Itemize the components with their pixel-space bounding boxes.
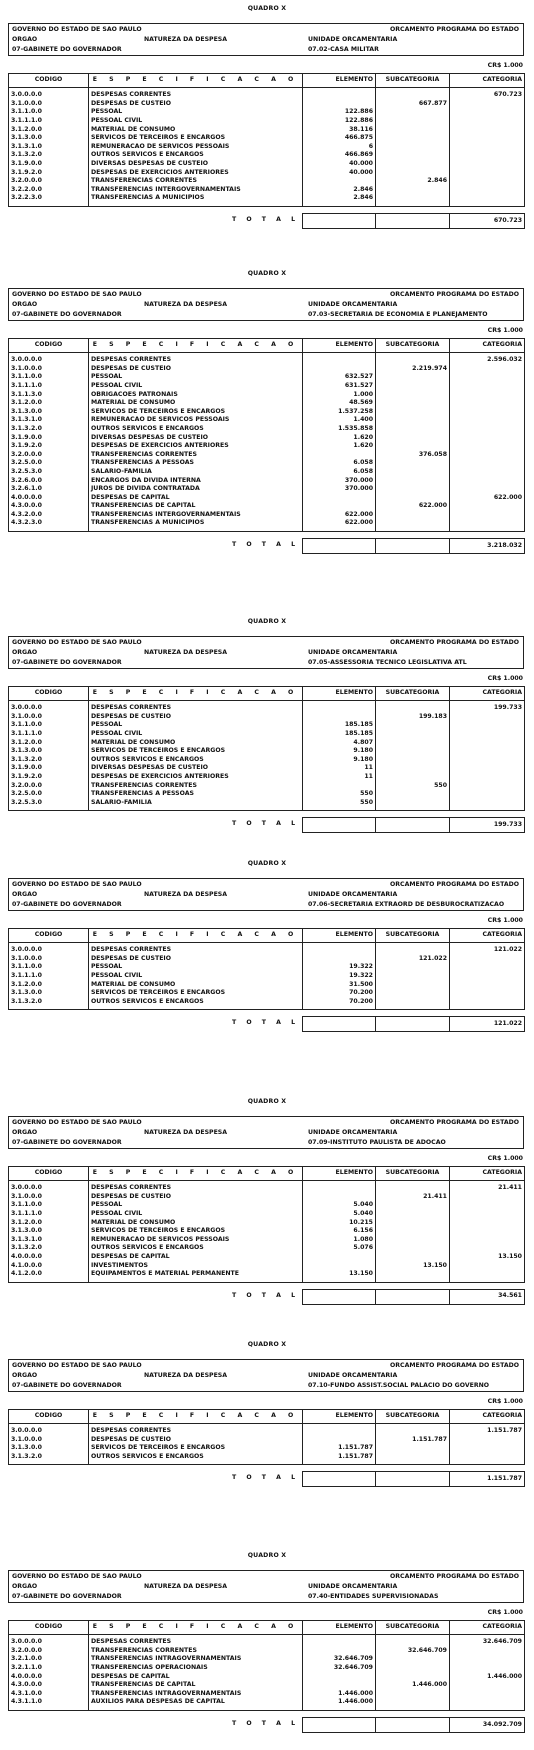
currency-unit: CR$ 1.000 bbox=[488, 1156, 523, 1162]
cell-categoria bbox=[450, 764, 525, 773]
header-box: GOVERNO DO ESTADO DE SAO PAULOORCAMENTO … bbox=[8, 23, 524, 56]
table-row: 3.1.3.2.0OUTROS SERVICOS E ENCARGOS466.8… bbox=[9, 151, 525, 160]
cell-categoria bbox=[450, 1227, 525, 1236]
cell-subcategoria: 622.000 bbox=[376, 502, 450, 511]
table-row: 3.1.1.1.0PESSOAL CIVIL631.527 bbox=[9, 382, 525, 391]
cell-codigo: 4.3.2.0.0 bbox=[9, 511, 89, 520]
cell-categoria bbox=[450, 382, 525, 391]
total-elemento bbox=[303, 1289, 376, 1304]
cell-elemento: 2.846 bbox=[303, 186, 376, 195]
cell-categoria bbox=[450, 125, 525, 134]
total-categoria: 121.022 bbox=[450, 1017, 525, 1032]
cell-elemento: 1.080 bbox=[303, 1236, 376, 1245]
column-especificacao: E S P E C I F I C A C A O bbox=[89, 339, 303, 353]
total-row: 3.218.032 bbox=[303, 539, 525, 554]
total-table: 1.151.787 bbox=[302, 1471, 525, 1487]
cell-subcategoria bbox=[376, 943, 450, 955]
budget-program-label: ORCAMENTO PROGRAMA DO ESTADO bbox=[390, 1363, 519, 1369]
cell-especificacao: DESPESAS DE EXERCICIOS ANTERIORES bbox=[89, 773, 303, 782]
cell-elemento bbox=[303, 1436, 376, 1445]
cell-elemento: 1.620 bbox=[303, 442, 376, 451]
cell-elemento bbox=[303, 100, 376, 109]
cell-subcategoria bbox=[376, 972, 450, 981]
table-header-row: CODIGOE S P E C I F I C A C A OELEMENTOS… bbox=[9, 1621, 525, 1635]
currency-unit: CR$ 1.000 bbox=[488, 1399, 523, 1405]
table-row: 3.1.1.0.0PESSOAL5.040 bbox=[9, 1201, 525, 1210]
table-row: 4.0.0.0.0DESPESAS DE CAPITAL622.000 bbox=[9, 494, 525, 503]
cell-codigo: 3.1.2.0.0 bbox=[9, 980, 89, 989]
unidade-label: UNIDADE ORCAMENTARIA bbox=[308, 650, 397, 656]
cell-elemento: 70.200 bbox=[303, 998, 376, 1010]
table-row: 3.2.5.3.0SALARIO-FAMILIA6.058 bbox=[9, 468, 525, 477]
cell-codigo: 3.2.1.1.0 bbox=[9, 1664, 89, 1673]
table-row: 3.2.1.1.0TRANSFERENCIAS OPERACIONAIS32.6… bbox=[9, 1664, 525, 1673]
table-row: 3.1.1.1.0PESSOAL CIVIL5.040 bbox=[9, 1210, 525, 1219]
cell-subcategoria bbox=[376, 963, 450, 972]
cell-subcategoria bbox=[376, 738, 450, 747]
cell-subcategoria bbox=[376, 168, 450, 177]
cell-categoria bbox=[450, 1218, 525, 1227]
cell-codigo: 3.1.3.1.0 bbox=[9, 143, 89, 152]
cell-codigo: 3.1.0.0.0 bbox=[9, 1436, 89, 1445]
total-row: 199.733 bbox=[303, 818, 525, 833]
table-row: 3.1.0.0.0DESPESAS DE CUSTEIO1.151.787 bbox=[9, 1436, 525, 1445]
cell-especificacao: SERVICOS DE TERCEIROS E ENCARGOS bbox=[89, 1444, 303, 1453]
cell-elemento: 632.527 bbox=[303, 373, 376, 382]
cell-categoria bbox=[450, 459, 525, 468]
column-elemento: ELEMENTO bbox=[303, 687, 376, 701]
cell-especificacao: DESPESAS DE EXERCICIOS ANTERIORES bbox=[89, 442, 303, 451]
cell-elemento: 550 bbox=[303, 790, 376, 799]
total-row: 34.561 bbox=[303, 1289, 525, 1304]
cell-codigo: 3.1.9.0.0 bbox=[9, 764, 89, 773]
quadro-title: QUADRO X bbox=[0, 271, 534, 277]
cell-elemento bbox=[303, 502, 376, 511]
cell-codigo: 3.1.0.0.0 bbox=[9, 365, 89, 374]
natureza-label: NATUREZA DA DESPESA bbox=[144, 650, 227, 656]
cell-codigo: 3.1.9.0.0 bbox=[9, 160, 89, 169]
cell-especificacao: TRANSFERENCIAS INTERGOVERNAMENTAIS bbox=[89, 186, 303, 195]
cell-especificacao: PESSOAL CIVIL bbox=[89, 972, 303, 981]
cell-especificacao: INVESTIMENTOS bbox=[89, 1261, 303, 1270]
cell-especificacao: SERVICOS DE TERCEIROS E ENCARGOS bbox=[89, 747, 303, 756]
cell-subcategoria bbox=[376, 1181, 450, 1193]
cell-elemento bbox=[303, 1672, 376, 1681]
cell-elemento: 370.000 bbox=[303, 476, 376, 485]
cell-categoria bbox=[450, 151, 525, 160]
cell-categoria bbox=[450, 390, 525, 399]
expense-table: CODIGOE S P E C I F I C A C A OELEMENTOS… bbox=[8, 1409, 525, 1465]
table-row: 3.0.0.0.0DESPESAS CORRENTES670.723 bbox=[9, 88, 525, 100]
total-table: 670.723 bbox=[302, 213, 525, 229]
cell-codigo: 3.1.2.0.0 bbox=[9, 1218, 89, 1227]
cell-subcategoria bbox=[376, 1664, 450, 1673]
cell-codigo: 4.3.0.0.0 bbox=[9, 1681, 89, 1690]
table-row: 3.1.9.2.0DESPESAS DE EXERCICIOS ANTERIOR… bbox=[9, 773, 525, 782]
cell-categoria bbox=[450, 416, 525, 425]
orgao-label: ORGAO bbox=[12, 650, 37, 656]
cell-subcategoria: 199.183 bbox=[376, 713, 450, 722]
cell-elemento bbox=[303, 955, 376, 964]
cell-subcategoria bbox=[376, 519, 450, 531]
unidade-label: UNIDADE ORCAMENTARIA bbox=[308, 1584, 397, 1590]
cell-codigo: 4.3.2.3.0 bbox=[9, 519, 89, 531]
cell-codigo: 4.1.2.0.0 bbox=[9, 1270, 89, 1282]
cell-subcategoria bbox=[376, 353, 450, 365]
cell-elemento bbox=[303, 88, 376, 100]
cell-categoria: 199.733 bbox=[450, 701, 525, 713]
cell-especificacao: SERVICOS DE TERCEIROS E ENCARGOS bbox=[89, 408, 303, 417]
cell-elemento: 631.527 bbox=[303, 382, 376, 391]
cell-categoria bbox=[450, 1210, 525, 1219]
table-row: 3.1.2.0.0MATERIAL DE CONSUMO10.215 bbox=[9, 1218, 525, 1227]
cell-subcategoria bbox=[376, 468, 450, 477]
cell-categoria bbox=[450, 1236, 525, 1245]
cell-subcategoria bbox=[376, 1201, 450, 1210]
cell-categoria bbox=[450, 1690, 525, 1699]
natureza-label: NATUREZA DA DESPESA bbox=[144, 302, 227, 308]
natureza-label: NATUREZA DA DESPESA bbox=[144, 1584, 227, 1590]
cell-especificacao: TRANSFERENCIAS OPERACIONAIS bbox=[89, 1664, 303, 1673]
cell-subcategoria bbox=[376, 382, 450, 391]
cell-especificacao: PESSOAL bbox=[89, 963, 303, 972]
cell-categoria bbox=[450, 425, 525, 434]
table-row: 4.3.1.1.0AUXILIOS PARA DESPESAS DE CAPIT… bbox=[9, 1698, 525, 1710]
cell-subcategoria bbox=[376, 485, 450, 494]
orgao-label: ORGAO bbox=[12, 892, 37, 898]
cell-codigo: 4.3.1.0.0 bbox=[9, 1690, 89, 1699]
cell-especificacao: DESPESAS DE CUSTEIO bbox=[89, 1193, 303, 1202]
cell-codigo: 3.1.1.1.0 bbox=[9, 117, 89, 126]
table-row: 3.1.3.2.0OUTROS SERVICOS E ENCARGOS1.535… bbox=[9, 425, 525, 434]
cell-codigo: 3.0.0.0.0 bbox=[9, 1635, 89, 1647]
cell-subcategoria bbox=[376, 790, 450, 799]
table-row: 3.2.2.3.0TRANSFERENCIAS A MUNICIPIOS2.84… bbox=[9, 194, 525, 206]
table-row: 4.3.1.0.0TRANSFERENCIAS INTRAGOVERNAMENT… bbox=[9, 1690, 525, 1699]
total-elemento bbox=[303, 213, 376, 228]
cell-subcategoria bbox=[376, 1444, 450, 1453]
cell-elemento bbox=[303, 353, 376, 365]
government-name: GOVERNO DO ESTADO DE SAO PAULO bbox=[12, 292, 142, 298]
cell-elemento: 550 bbox=[303, 799, 376, 811]
cell-categoria bbox=[450, 511, 525, 520]
cell-elemento: 122.886 bbox=[303, 117, 376, 126]
unidade-name: 07.06-SECRETARIA EXTRAORD DE DESBUROCRAT… bbox=[308, 902, 504, 908]
table-row: 3.2.1.0.0TRANSFERENCIAS INTRAGOVERNAMENT… bbox=[9, 1655, 525, 1664]
column-elemento: ELEMENTO bbox=[303, 339, 376, 353]
cell-categoria bbox=[450, 1193, 525, 1202]
cell-codigo: 4.3.0.0.0 bbox=[9, 502, 89, 511]
table-row: 3.1.9.2.0DESPESAS DE EXERCICIOS ANTERIOR… bbox=[9, 442, 525, 451]
table-row: 4.3.2.0.0TRANSFERENCIAS INTERGOVERNAMENT… bbox=[9, 511, 525, 520]
table-row: 4.3.0.0.0TRANSFERENCIAS DE CAPITAL622.00… bbox=[9, 502, 525, 511]
cell-codigo: 3.1.0.0.0 bbox=[9, 713, 89, 722]
table-row: 3.0.0.0.0DESPESAS CORRENTES32.646.709 bbox=[9, 1635, 525, 1647]
cell-especificacao: REMUNERACAO DE SERVICOS PESSOAIS bbox=[89, 143, 303, 152]
cell-categoria: 1.446.000 bbox=[450, 1672, 525, 1681]
cell-elemento: 19.322 bbox=[303, 972, 376, 981]
total-table: 199.733 bbox=[302, 817, 525, 833]
column-especificacao: E S P E C I F I C A C A O bbox=[89, 1621, 303, 1635]
table-row: 3.1.1.1.0PESSOAL CIVIL185.185 bbox=[9, 730, 525, 739]
total-table: 3.218.032 bbox=[302, 538, 525, 554]
column-elemento: ELEMENTO bbox=[303, 1167, 376, 1181]
cell-codigo: 3.2.0.0.0 bbox=[9, 177, 89, 186]
column-elemento: ELEMENTO bbox=[303, 1410, 376, 1424]
table-row: 3.2.0.0.0TRANSFERENCIAS CORRENTES376.058 bbox=[9, 451, 525, 460]
cell-elemento bbox=[303, 1424, 376, 1436]
cell-categoria bbox=[450, 781, 525, 790]
cell-categoria bbox=[450, 730, 525, 739]
cell-elemento bbox=[303, 701, 376, 713]
orgao-name: 07-GABINETE DO GOVERNADOR bbox=[12, 660, 122, 666]
cell-codigo: 3.1.1.0.0 bbox=[9, 963, 89, 972]
column-especificacao: E S P E C I F I C A C A O bbox=[89, 1167, 303, 1181]
column-codigo: CODIGO bbox=[9, 1410, 89, 1424]
cell-elemento bbox=[303, 1647, 376, 1656]
cell-especificacao: ENCARGOS DA DIVIDA INTERNA bbox=[89, 476, 303, 485]
cell-categoria bbox=[450, 408, 525, 417]
cell-elemento bbox=[303, 1253, 376, 1262]
orgao-label: ORGAO bbox=[12, 1373, 37, 1379]
table-row: 4.0.0.0.0DESPESAS DE CAPITAL1.446.000 bbox=[9, 1672, 525, 1681]
cell-subcategoria bbox=[376, 1236, 450, 1245]
quadro-title: QUADRO X bbox=[0, 1553, 534, 1559]
budget-program-label: ORCAMENTO PROGRAMA DO ESTADO bbox=[390, 1120, 519, 1126]
cell-categoria bbox=[450, 108, 525, 117]
cell-categoria bbox=[450, 1655, 525, 1664]
cell-especificacao: TRANSFERENCIAS DE CAPITAL bbox=[89, 502, 303, 511]
cell-especificacao: TRANSFERENCIAS CORRENTES bbox=[89, 781, 303, 790]
unidade-name: 07.09-INSTITUTO PAULISTA DE ADOCAO bbox=[308, 1140, 446, 1146]
cell-subcategoria bbox=[376, 151, 450, 160]
cell-especificacao: SALARIO-FAMILIA bbox=[89, 799, 303, 811]
cell-subcategoria bbox=[376, 1453, 450, 1465]
cell-elemento: 6.058 bbox=[303, 468, 376, 477]
cell-elemento: 32.646.709 bbox=[303, 1664, 376, 1673]
total-subcategoria bbox=[376, 539, 450, 554]
cell-categoria bbox=[450, 1444, 525, 1453]
currency-unit: CR$ 1.000 bbox=[488, 918, 523, 924]
cell-especificacao: DESPESAS CORRENTES bbox=[89, 1635, 303, 1647]
total-subcategoria bbox=[376, 1017, 450, 1032]
cell-subcategoria bbox=[376, 117, 450, 126]
cell-codigo: 3.1.1.1.0 bbox=[9, 972, 89, 981]
cell-elemento: 2.846 bbox=[303, 194, 376, 206]
government-name: GOVERNO DO ESTADO DE SAO PAULO bbox=[12, 27, 142, 33]
cell-elemento: 1.446.000 bbox=[303, 1690, 376, 1699]
table-row: 3.0.0.0.0DESPESAS CORRENTES2.596.032 bbox=[9, 353, 525, 365]
total-categoria: 3.218.032 bbox=[450, 539, 525, 554]
column-especificacao: E S P E C I F I C A C A O bbox=[89, 929, 303, 943]
cell-elemento: 622.000 bbox=[303, 511, 376, 520]
cell-codigo: 3.1.3.0.0 bbox=[9, 989, 89, 998]
column-elemento: ELEMENTO bbox=[303, 74, 376, 88]
cell-categoria bbox=[450, 186, 525, 195]
table-row: 3.1.3.2.0OUTROS SERVICOS E ENCARGOS1.151… bbox=[9, 1453, 525, 1465]
table-row: 3.0.0.0.0DESPESAS CORRENTES121.022 bbox=[9, 943, 525, 955]
quadro-title: QUADRO X bbox=[0, 619, 534, 625]
cell-categoria bbox=[450, 963, 525, 972]
cell-categoria bbox=[450, 117, 525, 126]
cell-categoria bbox=[450, 373, 525, 382]
total-categoria: 34.561 bbox=[450, 1289, 525, 1304]
cell-subcategoria bbox=[376, 108, 450, 117]
cell-subcategoria bbox=[376, 989, 450, 998]
cell-subcategoria bbox=[376, 701, 450, 713]
cell-codigo: 3.1.3.0.0 bbox=[9, 134, 89, 143]
cell-elemento: 1.151.787 bbox=[303, 1453, 376, 1465]
table-row: 3.1.3.2.0OUTROS SERVICOS E ENCARGOS9.180 bbox=[9, 756, 525, 765]
table-row: 4.1.0.0.0INVESTIMENTOS13.150 bbox=[9, 1261, 525, 1270]
cell-especificacao: MATERIAL DE CONSUMO bbox=[89, 1218, 303, 1227]
unidade-name: 07.10-FUNDO ASSIST.SOCIAL PALACIO DO GOV… bbox=[308, 1383, 489, 1389]
cell-codigo: 4.0.0.0.0 bbox=[9, 1672, 89, 1681]
total-categoria: 199.733 bbox=[450, 818, 525, 833]
cell-elemento: 1.151.787 bbox=[303, 1444, 376, 1453]
cell-especificacao: TRANSFERENCIAS A MUNICIPIOS bbox=[89, 519, 303, 531]
cell-elemento: 6.156 bbox=[303, 1227, 376, 1236]
total-label: T O T A L bbox=[232, 1020, 299, 1026]
cell-subcategoria bbox=[376, 1218, 450, 1227]
total-table: 34.092.709 bbox=[302, 1717, 525, 1733]
cell-categoria bbox=[450, 476, 525, 485]
total-elemento bbox=[303, 539, 376, 554]
cell-categoria bbox=[450, 998, 525, 1010]
cell-especificacao: DESPESAS CORRENTES bbox=[89, 943, 303, 955]
cell-especificacao: DESPESAS DE CAPITAL bbox=[89, 1253, 303, 1262]
cell-especificacao: OUTROS SERVICOS E ENCARGOS bbox=[89, 1244, 303, 1253]
cell-categoria bbox=[450, 955, 525, 964]
cell-elemento bbox=[303, 365, 376, 374]
cell-elemento: 10.215 bbox=[303, 1218, 376, 1227]
cell-elemento: 48.569 bbox=[303, 399, 376, 408]
table-row: 3.1.0.0.0DESPESAS DE CUSTEIO121.022 bbox=[9, 955, 525, 964]
table-row: 3.2.0.0.0TRANSFERENCIAS CORRENTES32.646.… bbox=[9, 1647, 525, 1656]
cell-especificacao: EQUIPAMENTOS E MATERIAL PERMANENTE bbox=[89, 1270, 303, 1282]
cell-categoria bbox=[450, 747, 525, 756]
cell-categoria: 21.411 bbox=[450, 1181, 525, 1193]
cell-elemento: 1.537.258 bbox=[303, 408, 376, 417]
cell-codigo: 3.1.9.2.0 bbox=[9, 442, 89, 451]
unidade-name: 07.40-ENTIDADES SUPERVISIONADAS bbox=[308, 1594, 438, 1600]
table-row: 3.1.3.0.0SERVICOS DE TERCEIROS E ENCARGO… bbox=[9, 408, 525, 417]
cell-codigo: 3.1.0.0.0 bbox=[9, 100, 89, 109]
cell-especificacao: OUTROS SERVICOS E ENCARGOS bbox=[89, 1453, 303, 1465]
table-header-row: CODIGOE S P E C I F I C A C A OELEMENTOS… bbox=[9, 339, 525, 353]
cell-codigo: 3.1.1.0.0 bbox=[9, 1201, 89, 1210]
cell-especificacao: DESPESAS DE CUSTEIO bbox=[89, 1436, 303, 1445]
total-table: 121.022 bbox=[302, 1016, 525, 1032]
cell-subcategoria bbox=[376, 459, 450, 468]
table-row: 3.2.5.3.0SALARIO-FAMILIA550 bbox=[9, 799, 525, 811]
cell-categoria bbox=[450, 433, 525, 442]
total-elemento bbox=[303, 818, 376, 833]
cell-subcategoria bbox=[376, 390, 450, 399]
cell-especificacao: REMUNERACAO DE SERVICOS PESSOAIS bbox=[89, 1236, 303, 1245]
column-codigo: CODIGO bbox=[9, 339, 89, 353]
column-codigo: CODIGO bbox=[9, 929, 89, 943]
cell-subcategoria bbox=[376, 1672, 450, 1681]
total-categoria: 1.151.787 bbox=[450, 1472, 525, 1487]
cell-subcategoria bbox=[376, 1698, 450, 1710]
cell-especificacao: DESPESAS CORRENTES bbox=[89, 1181, 303, 1193]
cell-elemento bbox=[303, 1681, 376, 1690]
cell-categoria: 121.022 bbox=[450, 943, 525, 955]
unidade-label: UNIDADE ORCAMENTARIA bbox=[308, 37, 397, 43]
expense-table: CODIGOE S P E C I F I C A C A OELEMENTOS… bbox=[8, 338, 525, 532]
cell-especificacao: DESPESAS DE EXERCICIOS ANTERIORES bbox=[89, 168, 303, 177]
cell-especificacao: DESPESAS DE CAPITAL bbox=[89, 494, 303, 503]
column-codigo: CODIGO bbox=[9, 687, 89, 701]
cell-subcategoria bbox=[376, 1690, 450, 1699]
cell-codigo: 4.3.1.1.0 bbox=[9, 1698, 89, 1710]
cell-codigo: 3.1.2.0.0 bbox=[9, 125, 89, 134]
cell-especificacao: TRANSFERENCIAS INTRAGOVERNAMENTAIS bbox=[89, 1655, 303, 1664]
cell-codigo: 3.1.9.0.0 bbox=[9, 433, 89, 442]
cell-codigo: 3.1.3.0.0 bbox=[9, 747, 89, 756]
cell-categoria bbox=[450, 365, 525, 374]
orgao-name: 07-GABINETE DO GOVERNADOR bbox=[12, 312, 122, 318]
cell-codigo: 3.1.3.0.0 bbox=[9, 1444, 89, 1453]
cell-elemento: 370.000 bbox=[303, 485, 376, 494]
cell-codigo: 3.2.0.0.0 bbox=[9, 451, 89, 460]
table-row: 3.1.1.0.0PESSOAL122.886 bbox=[9, 108, 525, 117]
table-row: 3.2.2.0.0TRANSFERENCIAS INTERGOVERNAMENT… bbox=[9, 186, 525, 195]
cell-especificacao: PESSOAL CIVIL bbox=[89, 117, 303, 126]
cell-especificacao: DIVERSAS DESPESAS DE CUSTEIO bbox=[89, 764, 303, 773]
quadro-title: QUADRO X bbox=[0, 1342, 534, 1348]
cell-codigo: 3.1.3.2.0 bbox=[9, 998, 89, 1010]
cell-elemento: 9.180 bbox=[303, 747, 376, 756]
table-row: 3.0.0.0.0DESPESAS CORRENTES199.733 bbox=[9, 701, 525, 713]
cell-categoria bbox=[450, 799, 525, 811]
table-row: 3.1.9.0.0DIVERSAS DESPESAS DE CUSTEIO11 bbox=[9, 764, 525, 773]
total-categoria: 34.092.709 bbox=[450, 1717, 525, 1732]
quadro-title: QUADRO X bbox=[0, 6, 534, 12]
cell-codigo: 3.1.3.2.0 bbox=[9, 1453, 89, 1465]
cell-codigo: 3.1.3.0.0 bbox=[9, 1227, 89, 1236]
cell-codigo: 3.2.2.3.0 bbox=[9, 194, 89, 206]
orgao-label: ORGAO bbox=[12, 302, 37, 308]
cell-elemento bbox=[303, 943, 376, 955]
table-row: 3.2.0.0.0TRANSFERENCIAS CORRENTES550 bbox=[9, 781, 525, 790]
cell-elemento: 11 bbox=[303, 773, 376, 782]
cell-especificacao: MATERIAL DE CONSUMO bbox=[89, 980, 303, 989]
table-row: 3.0.0.0.0DESPESAS CORRENTES21.411 bbox=[9, 1181, 525, 1193]
table-row: 3.1.3.1.0REMUNERACAO DE SERVICOS PESSOAI… bbox=[9, 1236, 525, 1245]
cell-especificacao: SALARIO-FAMILIA bbox=[89, 468, 303, 477]
table-header-row: CODIGOE S P E C I F I C A C A OELEMENTOS… bbox=[9, 929, 525, 943]
cell-codigo: 3.1.3.2.0 bbox=[9, 151, 89, 160]
cell-elemento: 38.116 bbox=[303, 125, 376, 134]
budget-program-label: ORCAMENTO PROGRAMA DO ESTADO bbox=[390, 292, 519, 298]
cell-elemento: 466.869 bbox=[303, 151, 376, 160]
cell-subcategoria bbox=[376, 756, 450, 765]
total-subcategoria bbox=[376, 213, 450, 228]
cell-codigo: 3.2.6.0.0 bbox=[9, 476, 89, 485]
header-box: GOVERNO DO ESTADO DE SAO PAULOORCAMENTO … bbox=[8, 878, 524, 911]
cell-especificacao: SERVICOS DE TERCEIROS E ENCARGOS bbox=[89, 134, 303, 143]
total-row: 121.022 bbox=[303, 1017, 525, 1032]
cell-categoria bbox=[450, 1201, 525, 1210]
cell-elemento: 6 bbox=[303, 143, 376, 152]
cell-especificacao: TRANSFERENCIAS CORRENTES bbox=[89, 451, 303, 460]
table-row: 3.2.5.0.0TRANSFERENCIAS A PESSOAS6.058 bbox=[9, 459, 525, 468]
cell-codigo: 3.1.0.0.0 bbox=[9, 955, 89, 964]
cell-especificacao: OBRIGACOES PATRONAIS bbox=[89, 390, 303, 399]
cell-elemento: 4.807 bbox=[303, 738, 376, 747]
